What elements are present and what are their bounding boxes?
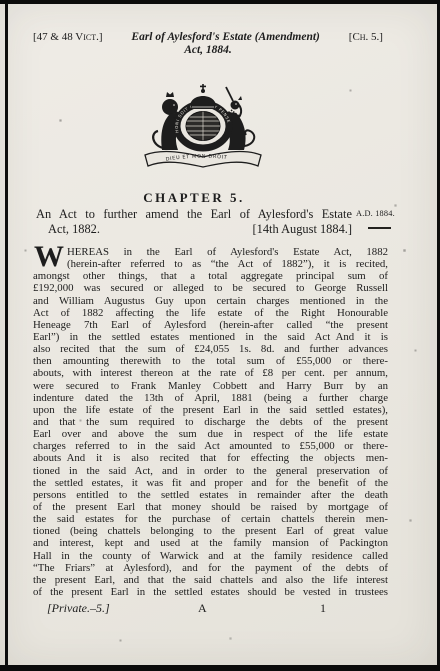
body-line: Act of 1882 affecting the life estate of… — [33, 307, 388, 319]
page-footer: [Private.–5.] A 1 — [0, 601, 440, 617]
body-line: and interest, kept and used at the famil… — [33, 537, 388, 549]
margin-note-rule — [368, 227, 391, 229]
royal-assent-date: [14th August 1884.] — [253, 222, 352, 237]
body-line: £192,000 was secured or alleged to be se… — [33, 282, 388, 294]
body-line: were secured to Frank Manley Cobbett and… — [33, 380, 388, 392]
body-line: persons entitled to the settled estates … — [33, 489, 388, 501]
body-line: Earl”) in the settled estates mentioned … — [33, 331, 388, 343]
body-line: (herein-after referred to as “the Act of… — [33, 258, 388, 270]
body-line: amongst other things, that a total aggre… — [33, 270, 388, 282]
body-line: upon the life estate of the present Earl… — [33, 404, 388, 416]
page-number: 1 — [320, 601, 326, 616]
running-header: [47 & 48 Vict.] Earl of Aylesford's Esta… — [33, 31, 383, 43]
body-line: tioned in the said Act, and in order to … — [33, 465, 388, 477]
act-page: [47 & 48 Vict.] Earl of Aylesford's Esta… — [0, 0, 440, 671]
body-line: indenture dated the 13th of April, 1881 … — [33, 392, 388, 404]
body-line: the present Earl, and that the said chat… — [33, 574, 388, 586]
body-line: and William Augustus Guy upon certain ch… — [33, 295, 388, 307]
act-short-title: Earl of Aylesford's Estate (Amendment) — [131, 31, 319, 43]
chapter-number-header: [Ch. 5.] — [349, 31, 383, 43]
body-line: the settled estates, it was fit and prop… — [33, 477, 388, 489]
act-long-title-continuation: Act, 1882. — [36, 222, 100, 237]
act-long-title-line1: An Act to further amend the Earl of Ayle… — [36, 207, 352, 221]
body-line: charges referred to in the said Act amou… — [33, 440, 388, 452]
body-line: abouts And it is also recited that for e… — [33, 452, 388, 464]
body-line: Earl over and above the sum due in respe… — [33, 428, 388, 440]
chapter-heading: CHAPTER 5. — [36, 190, 352, 206]
scan-speckles — [0, 0, 1, 1]
act-long-title-line2: Act, 1882. [14th August 1884.] — [36, 222, 352, 237]
royal-coat-of-arms-icon: DIEU ET MON DROIT — [141, 80, 265, 172]
body-line: of the present Earl in the settled estat… — [33, 586, 388, 598]
body-line: HEREAS in the Earl of Aylesford's Estate… — [33, 246, 388, 258]
body-line: the said estates for the purchase of cer… — [33, 513, 388, 525]
body-line: Hall in the county of Warwick and at the… — [33, 550, 388, 562]
body-line: then amounting therewith to the total su… — [33, 355, 388, 367]
regnal-year: [47 & 48 Vict.] — [33, 31, 103, 43]
body-line: tioned (being chattels belonging to the … — [33, 525, 388, 537]
body-line: and that the sum required to discharge t… — [33, 416, 388, 428]
body-line: of the present Earl that money should be… — [33, 501, 388, 513]
footer-private-mark: [Private.–5.] — [47, 601, 110, 616]
act-short-title-line2: Act, 1884. — [33, 44, 383, 56]
crown-icon — [190, 84, 216, 109]
body-line: Heneage 7th Earl of Aylesford (herein-af… — [33, 319, 388, 331]
scan-border-left — [5, 3, 8, 666]
quartered-shield — [186, 111, 220, 141]
preamble-text: HEREAS in the Earl of Aylesford's Estate… — [33, 246, 388, 598]
margin-note-year: A.D. 1884. — [356, 209, 402, 218]
body-line: “The Friars” at Aylesford), and for the … — [33, 562, 388, 574]
signature-letter: A — [198, 601, 207, 616]
scan-border-bottom — [0, 665, 440, 671]
body-line: also recited that the sum of £24,055 1s.… — [33, 343, 388, 355]
scan-border-top — [0, 0, 440, 4]
body-line: abouts, with interest thereon at the rat… — [33, 367, 388, 379]
